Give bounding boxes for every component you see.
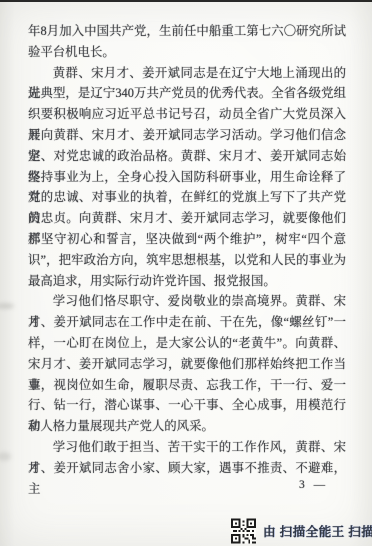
scanner-watermark-text: 由 扫描全能王 扫描创建 bbox=[263, 522, 372, 540]
text-line: 黄群、宋月才、姜开斌同志是在辽宁大地上涌现出的先 bbox=[28, 63, 346, 84]
text-line: 最高追求，用实际行动许党许国、报党报国。 bbox=[28, 271, 346, 292]
qr-code-icon bbox=[231, 518, 256, 544]
scan-smudge bbox=[0, 303, 14, 309]
text-line: 党的忠诚、对事业的执着，在鲜红的党旗上写下了共产党员 bbox=[28, 187, 346, 208]
text-line: 学习他们敢于担当、苦干实干的工作作风，黄群、宋月 bbox=[28, 437, 346, 458]
text-line: 识”，把牢政治方向，筑牢思想根基，以党和人民的事业为 bbox=[28, 250, 346, 271]
text-line: 展向黄群、宋月才、姜开斌同志学习活动。学习他们信念坚 bbox=[28, 125, 346, 146]
text-line: 年8月加入中国共产党，生前任中船重工第七六〇研究所试 bbox=[28, 21, 346, 42]
text-line: 才、姜开斌同志在工作中走在前、干在先，像“螺丝钉”一 bbox=[28, 312, 346, 333]
text-line: 业，视岗位如生命，履职尽责、忘我工作，干一行、爱一 bbox=[28, 375, 346, 396]
scanner-watermark: 由 扫描全能王 扫描创建 bbox=[231, 518, 372, 544]
text-line: 宋月才、姜开斌同志学习，就要像他们那样始终把工作当事 bbox=[28, 354, 346, 375]
scan-top-edge bbox=[0, 0, 372, 2]
text-line: 定、对党忠诚的政治品格。黄群、宋月才、姜开斌同志始终 bbox=[28, 146, 346, 167]
page-number: 3 — bbox=[299, 479, 328, 491]
text-line: 的忠贞。向黄群、宋月才、姜开斌同志学习，就要像他们那 bbox=[28, 208, 346, 229]
text-lines: 年8月加入中国共产党，生前任中船重工第七六〇研究所试验平台机电长。黄群、宋月才、… bbox=[28, 21, 346, 479]
text-line: 样坚守初心和誓言，坚决做到“两个维护”，树牢“四个意 bbox=[28, 229, 346, 250]
text-line: 验平台机电长。 bbox=[28, 42, 346, 63]
text-line: 行、钻一行，潜心谋事、一心干事、全心成事，用模范行动 bbox=[28, 395, 346, 416]
text-line: 才、姜开斌同志舍小家、顾大家，遇事不推责、不避难，主 bbox=[28, 458, 346, 479]
text-line: 学习他们恪尽职守、爱岗敬业的崇高境界。黄群、宋月 bbox=[28, 291, 346, 312]
text-line: 织要积极响应习近平总书记号召，动员全省广大党员深入开 bbox=[28, 104, 346, 125]
text-line: 和人格力量展现共产党人的风采。 bbox=[28, 416, 346, 437]
text-line: 进典型，是辽宁340万共产党员的优秀代表。全省各级党组 bbox=[28, 83, 346, 104]
scan-smudge bbox=[0, 452, 11, 461]
scanned-page: 年8月加入中国共产党，生前任中船重工第七六〇研究所试验平台机电长。黄群、宋月才、… bbox=[0, 0, 372, 546]
text-line: 坚持事业为上，全身心投入国防科研事业，用生命诠释了对 bbox=[28, 167, 346, 188]
text-line: 样，一心盯在岗位上，是大家公认的“老黄牛”。向黄群、 bbox=[28, 333, 346, 354]
